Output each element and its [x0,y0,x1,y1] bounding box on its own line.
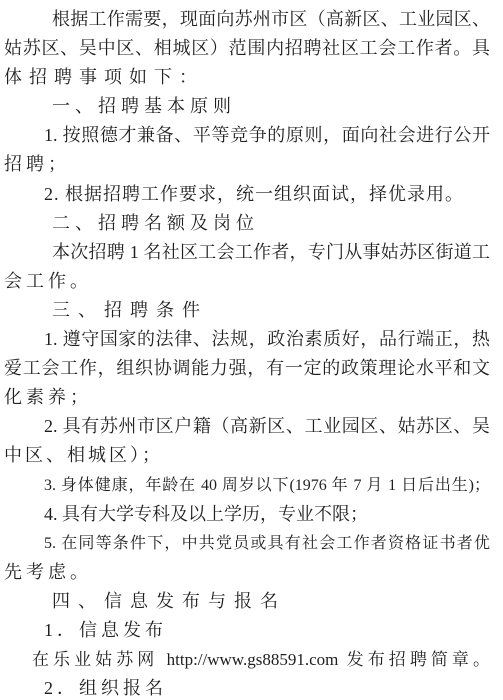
text-line: 化素养； [4,383,490,412]
text-line: 二、招聘名额及岗位 [4,209,490,238]
text-line: 姑苏区、吴中区、相城区）范围内招聘社区工会工作者。具 [4,34,490,63]
text-line: 在乐业姑苏网 http://www.gs88591.com 发布招聘简章。 [4,645,490,674]
text-line: 四、信息发布与报名 [4,587,490,616]
text-line: 爱工会工作，组织协调能力强，有一定的政策理论水平和文 [4,354,490,383]
text-line: 2．组织报名 [4,674,490,700]
text-line: 1. 遵守国家的法律、法规，政治素质好，品行端正，热 [4,325,490,354]
text-line: 体招聘事项如下： [4,63,490,92]
text-line: 招聘； [4,150,490,179]
text-line: 2. 具有苏州市区户籍（高新区、工业园区、姑苏区、吴 [4,412,490,441]
text-line: 3. 身体健康，年龄在 40 周岁以下(1976 年 7 月 1 日后出生)； [4,471,490,500]
text-line: 三、招聘条件 [4,296,490,325]
text-line: 2. 根据招聘工作要求，统一组织面试，择优录用。 [4,180,490,209]
text-line: 先考虑。 [4,558,490,587]
text-line: 1. 按照德才兼备、平等竞争的原则，面向社会进行公开 [4,121,490,150]
text-line: 一、招聘基本原则 [4,92,490,121]
text-line: 1．信息发布 [4,616,490,645]
document-page: 根据工作需要，现面向苏州市区（高新区、工业园区、姑苏区、吴中区、相城区）范围内招… [0,0,503,700]
text-line: 根据工作需要，现面向苏州市区（高新区、工业园区、 [4,5,490,34]
text-line: 会工作。 [4,267,490,296]
text-line: 4. 具有大学专科及以上学历，专业不限； [4,500,490,529]
text-line: 5. 在同等条件下，中共党员或具有社会工作者资格证书者优 [4,529,490,558]
document-body: 根据工作需要，现面向苏州市区（高新区、工业园区、姑苏区、吴中区、相城区）范围内招… [0,0,503,700]
text-line: 中区、相城区）； [4,441,490,470]
text-line: 本次招聘 1 名社区工会工作者，专门从事姑苏区街道工 [4,238,490,267]
